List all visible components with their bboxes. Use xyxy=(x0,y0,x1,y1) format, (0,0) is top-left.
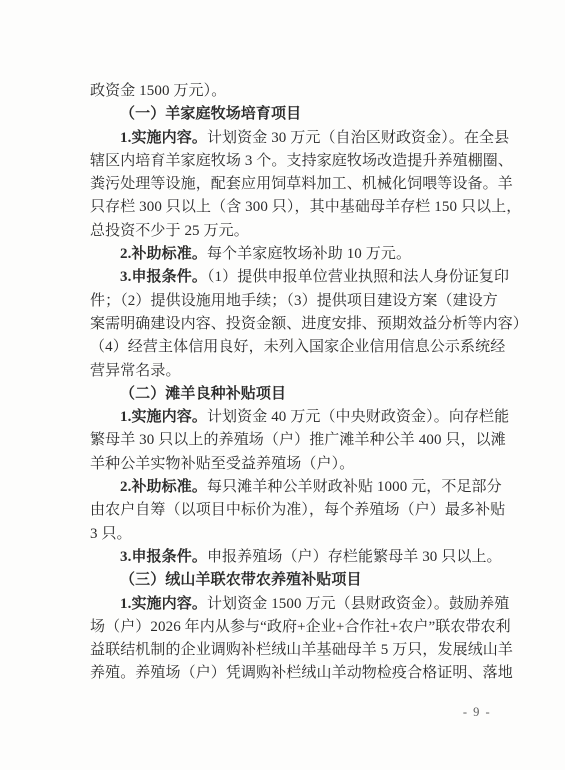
body-text: （1）提供申报单位营业执照和法人身份证复印 xyxy=(207,269,509,285)
body-text: 由农户自筹（以项目中标价为准），每个养殖场（户）最多补贴 xyxy=(90,502,505,518)
text-line: 只存栏 300 只以上（含 300 只），其中基础母羊存栏 150 只以上， xyxy=(90,196,510,219)
text-line: 2.补助标准。每只滩羊种公羊财政补贴 1000 元，不足部分 xyxy=(90,476,510,499)
bold-lead-text: （一）羊家庭牧场培育项目 xyxy=(120,106,301,122)
text-line: 羊种公羊实物补贴至受益养殖场（户）。 xyxy=(90,453,510,476)
body-text: 申报养殖场（户）存栏能繁母羊 30 只以上。 xyxy=(207,549,502,565)
bold-lead-text: 1.实施内容。 xyxy=(120,130,207,146)
body-text: 场（户）2026 年内从参与“政府+企业+合作社+农户”联农带农利 xyxy=(90,619,511,635)
body-text: 粪污处理等设施，配套应用饲草料加工、机械化饲喂等设备。羊 xyxy=(90,176,513,192)
bold-lead-text: （二）滩羊良种补贴项目 xyxy=(120,386,286,402)
text-line: 总投资不少于 25 万元。 xyxy=(90,220,510,243)
text-line: 辖区内培育羊家庭牧场 3 个。支持家庭牧场改造提升养殖棚圈、 xyxy=(90,150,510,173)
body-text: 计划资金 30 万元（自治区财政资金）。在全县 xyxy=(207,130,509,146)
bold-lead-text: 1.实施内容。 xyxy=(120,409,207,425)
text-line: 由农户自筹（以项目中标价为准），每个养殖场（户）最多补贴 xyxy=(90,499,510,522)
bold-lead-text: 3.申报条件。 xyxy=(120,549,207,565)
text-line: 件；（2）提供设施用地手续；（3）提供项目建设方案（建设方 xyxy=(90,290,510,313)
text-line: 场（户）2026 年内从参与“政府+企业+合作社+农户”联农带农利 xyxy=(90,616,510,639)
body-text: 计划资金 40 万元（中央财政资金）。向存栏能 xyxy=(207,409,509,425)
text-line: （三）绒山羊联农带农养殖补贴项目 xyxy=(90,569,510,592)
body-text: 3 只。 xyxy=(90,526,132,542)
bold-lead-text: 2.补助标准。 xyxy=(120,246,207,262)
text-line: 案需明确建设内容、投资金额、进度安排、预期效益分析等内容） xyxy=(90,313,510,336)
body-text: 益联结机制的企业调购补栏绒山羊基础母羊 5 万只，发展绒山羊 xyxy=(90,642,513,658)
text-line: 养殖。养殖场（户）凭调购补栏绒山羊动物检疫合格证明、落地 xyxy=(90,662,510,685)
body-text: （4）经营主体信用良好，未列入国家企业信用信息公示系统经 xyxy=(90,339,505,355)
text-line: 繁母羊 30 只以上的养殖场（户）推广滩羊种公羊 400 只，以滩 xyxy=(90,429,510,452)
bold-lead-text: 1.实施内容。 xyxy=(120,596,207,612)
body-text: 案需明确建设内容、投资金额、进度安排、预期效益分析等内容） xyxy=(90,316,528,332)
body-text: 计划资金 1500 万元（县财政资金）。鼓励养殖 xyxy=(207,596,509,612)
text-line: 1.实施内容。计划资金 1500 万元（县财政资金）。鼓励养殖 xyxy=(90,593,510,616)
text-line: 3 只。 xyxy=(90,523,510,546)
body-text: 政资金 1500 万元）。 xyxy=(90,83,226,99)
bold-lead-text: 2.补助标准。 xyxy=(120,479,207,495)
text-line: 1.实施内容。计划资金 40 万元（中央财政资金）。向存栏能 xyxy=(90,406,510,429)
body-text: 养殖。养殖场（户）凭调购补栏绒山羊动物检疫合格证明、落地 xyxy=(90,665,513,681)
text-line: 政资金 1500 万元）。 xyxy=(90,80,510,103)
body-text: 只存栏 300 只以上（含 300 只），其中基础母羊存栏 150 只以上， xyxy=(90,199,521,215)
text-line: （二）滩羊良种补贴项目 xyxy=(90,383,510,406)
text-line: 1.实施内容。计划资金 30 万元（自治区财政资金）。在全县 xyxy=(90,127,510,150)
body-text: 羊种公羊实物补贴至受益养殖场（户）。 xyxy=(90,456,354,472)
document-lines: 政资金 1500 万元）。（一）羊家庭牧场培育项目1.实施内容。计划资金 30 … xyxy=(90,80,510,686)
text-line: 益联结机制的企业调购补栏绒山羊基础母羊 5 万只，发展绒山羊 xyxy=(90,639,510,662)
body-text: 每只滩羊种公羊财政补贴 1000 元，不足部分 xyxy=(207,479,502,495)
page-number: - 9 - xyxy=(448,705,506,720)
body-text: 繁母羊 30 只以上的养殖场（户）推广滩羊种公羊 400 只，以滩 xyxy=(90,432,506,448)
body-text: 每个羊家庭牧场补助 10 万元。 xyxy=(207,246,411,262)
text-line: （一）羊家庭牧场培育项目 xyxy=(90,103,510,126)
body-text: 件；（2）提供设施用地手续；（3）提供项目建设方案（建设方 xyxy=(90,293,498,309)
body-text: 总投资不少于 25 万元。 xyxy=(90,223,249,239)
text-line: 营异常名录。 xyxy=(90,360,510,383)
body-text: 营异常名录。 xyxy=(90,363,181,379)
text-line: 粪污处理等设施，配套应用饲草料加工、机械化饲喂等设备。羊 xyxy=(90,173,510,196)
text-line: 3.申报条件。（1）提供申报单位营业执照和法人身份证复印 xyxy=(90,266,510,289)
body-text: 辖区内培育羊家庭牧场 3 个。支持家庭牧场改造提升养殖棚圈、 xyxy=(90,153,513,169)
text-line: 3.申报条件。申报养殖场（户）存栏能繁母羊 30 只以上。 xyxy=(90,546,510,569)
bold-lead-text: 3.申报条件。 xyxy=(120,269,207,285)
document-page: 政资金 1500 万元）。（一）羊家庭牧场培育项目1.实施内容。计划资金 30 … xyxy=(0,0,565,770)
bold-lead-text: （三）绒山羊联农带农养殖补贴项目 xyxy=(120,572,362,588)
text-line: 2.补助标准。每个羊家庭牧场补助 10 万元。 xyxy=(90,243,510,266)
text-line: （4）经营主体信用良好，未列入国家企业信用信息公示系统经 xyxy=(90,336,510,359)
